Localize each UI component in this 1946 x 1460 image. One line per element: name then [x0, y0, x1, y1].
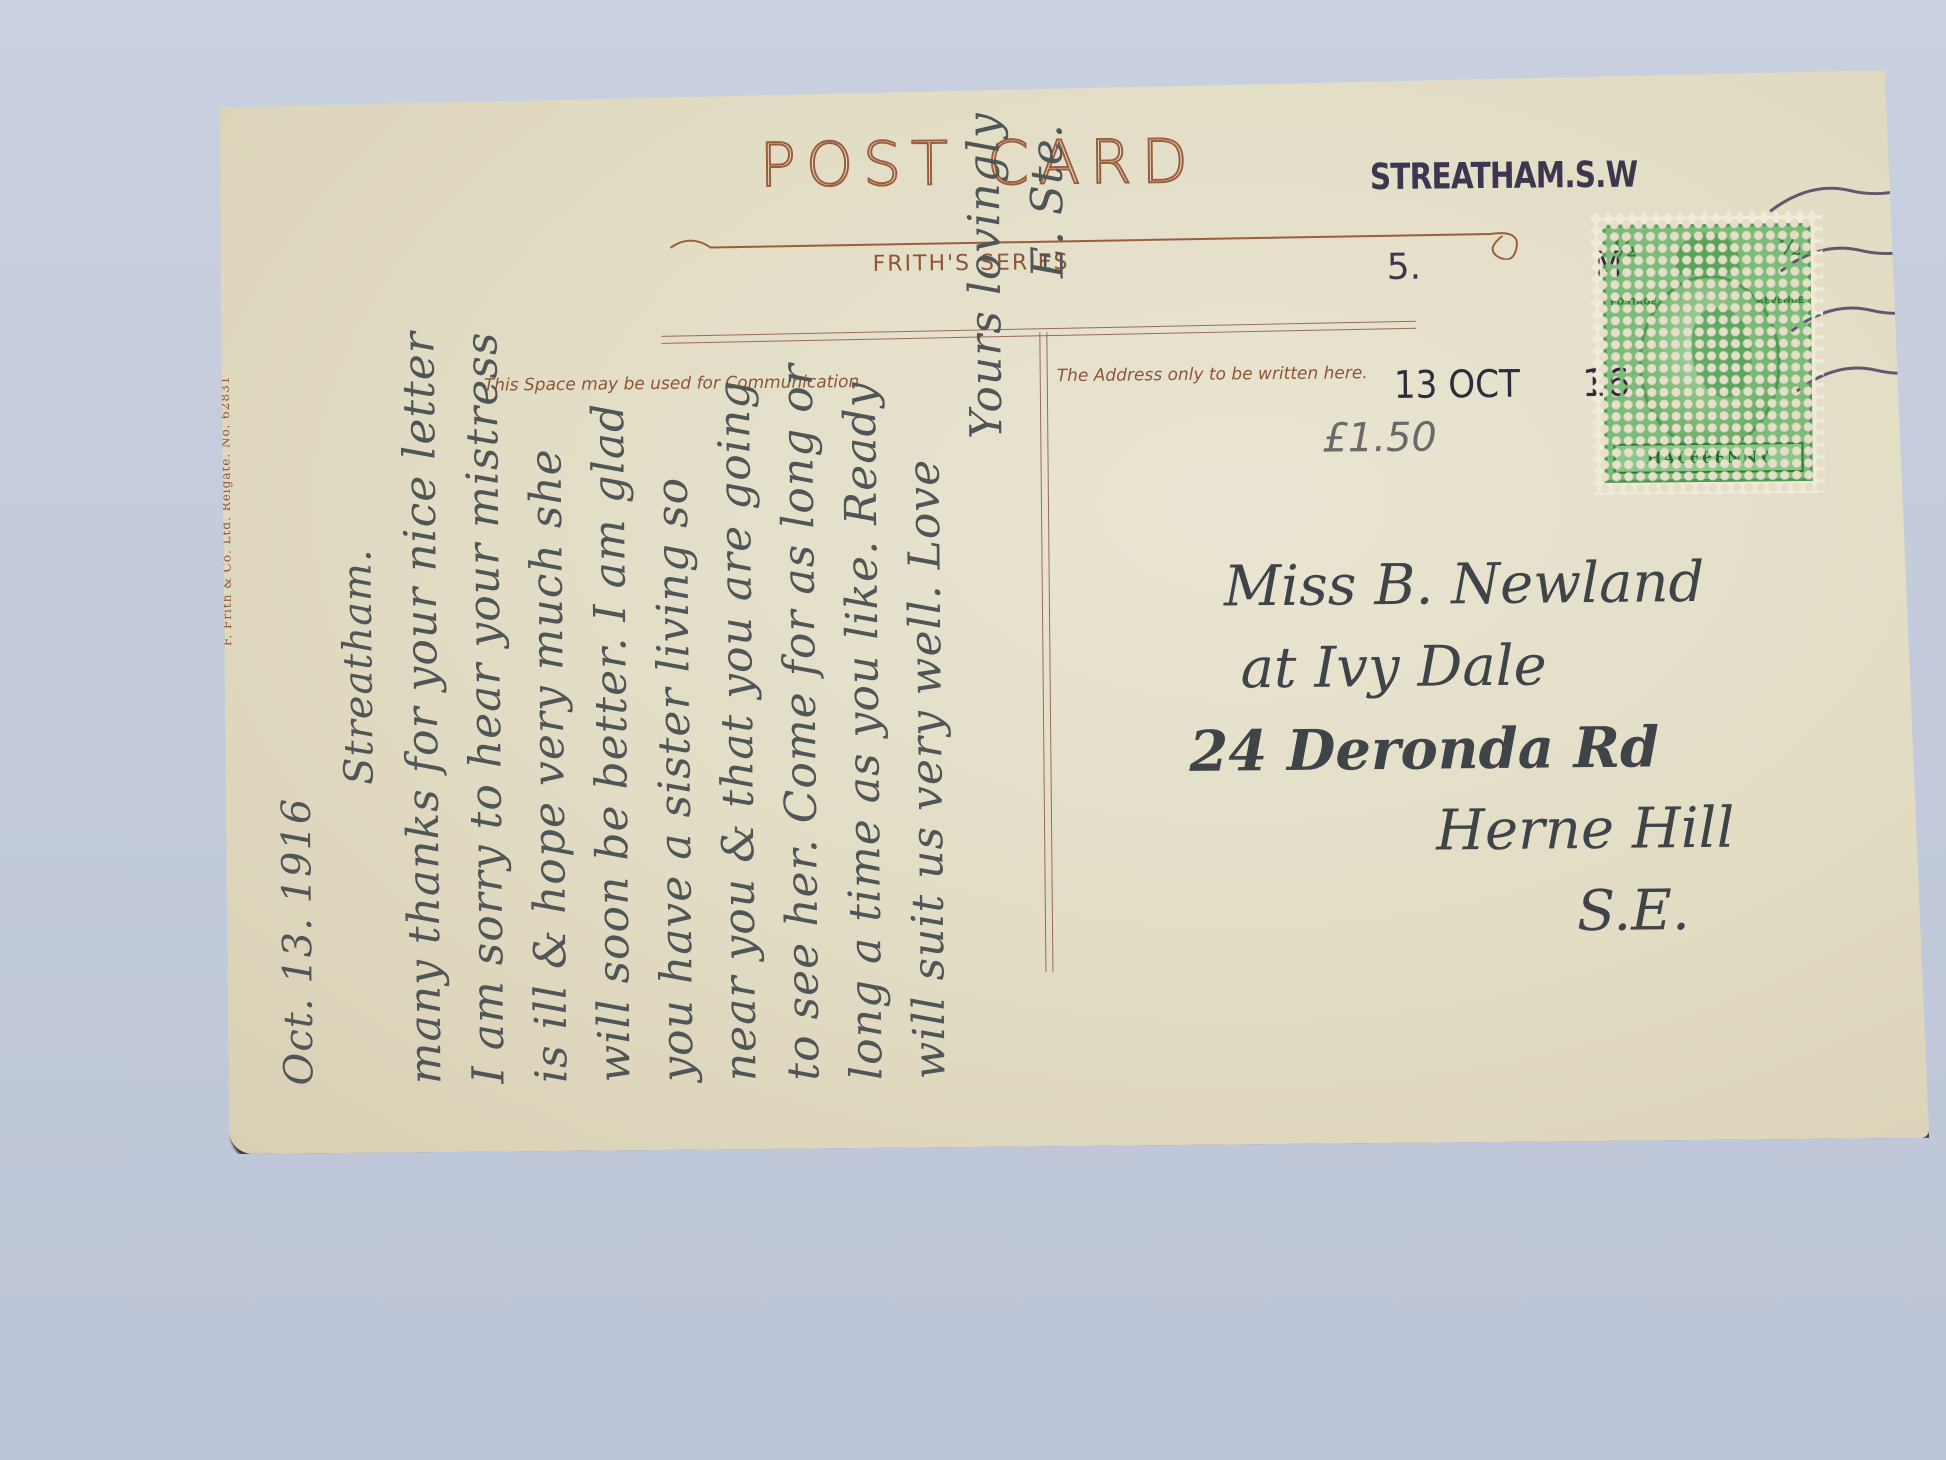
crown-icon — [1675, 233, 1739, 276]
postmark-town: STREATHAM.S.W — [1370, 155, 1638, 199]
message-line: many thanks for your nice letter — [385, 84, 458, 1085]
address-district: Herne Hill — [1226, 788, 1735, 875]
message-line: I am sorry to hear your mistress — [448, 83, 521, 1084]
stamp-denomination-right: ½ — [1776, 232, 1801, 261]
message-date: Oct. 13. 1916 — [259, 85, 332, 1086]
postmark-date: 13 OCT — [1394, 362, 1521, 407]
message-line: will soon be better. I am glad — [574, 82, 647, 1083]
address-street: 24 Deronda Rd — [1189, 706, 1734, 793]
stamp-postage-text: POSTAGE — [1610, 297, 1657, 307]
stamp-revenue-text: REVENUE — [1757, 296, 1804, 306]
profile-icon — [1691, 307, 1752, 398]
publisher-imprint: F. Frith & Co. Ltd. Reigate. No. 62831 — [218, 376, 235, 647]
postage-stamp: ½ ½ POSTAGE REVENUE HALFPENNY — [1590, 211, 1825, 495]
address-note: The Address only to be written here. — [1057, 363, 1368, 386]
address-postal-district: S.E. — [1227, 870, 1736, 957]
stamp-denomination-left: ½ — [1611, 234, 1636, 263]
message-signature: E. Ste. — [1015, 78, 1088, 1079]
message-line: near you & that you are going — [700, 81, 773, 1082]
stamp-label: HALFPENNY — [1613, 442, 1803, 474]
message-place: Streatham. — [322, 85, 395, 1086]
price-note: £1.50 — [1322, 415, 1437, 462]
message-line: to see her. Come for as long or — [763, 80, 836, 1081]
message-line: is ill & hope very much she — [511, 83, 584, 1084]
postmark-time: 5. — [1387, 247, 1422, 288]
handwritten-message: Oct. 13. 1916 Streatham. many thanks for… — [259, 78, 1088, 1086]
message-line: you have a sister living so — [637, 82, 710, 1083]
address-name: Miss B. Newland — [1223, 542, 1732, 629]
stamp-design: ½ ½ POSTAGE REVENUE HALFPENNY — [1602, 223, 1812, 483]
message-closing: Yours lovingly — [952, 79, 1025, 1080]
postcard: POST CARD FRITH'S SERIES This Space may … — [219, 70, 1929, 1154]
message-line: will suit us very well. Love — [889, 79, 962, 1080]
message-line: long a time as you like. Ready — [826, 80, 899, 1081]
recipient-address: Miss B. Newland at Ivy Dale 24 Deronda R… — [1223, 542, 1735, 957]
address-house: at Ivy Dale — [1224, 624, 1733, 711]
